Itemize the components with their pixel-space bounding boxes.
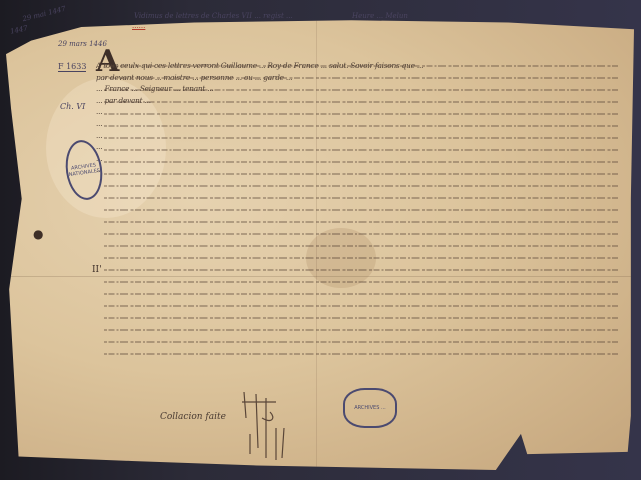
annotation-header-right: Heure ... Melun bbox=[352, 12, 408, 20]
annotation-header-note: Vidimus de lettres de Charles VII ... re… bbox=[134, 12, 293, 20]
script-texture bbox=[104, 60, 624, 360]
annotation-ref-number: F 1633 bbox=[58, 62, 86, 72]
archive-stamp-bottom: ARCHIVES ... bbox=[343, 388, 397, 428]
archive-stamp-text: ARCHIVES NATIONALES bbox=[67, 162, 100, 178]
margin-mark-roman: II' bbox=[92, 265, 102, 275]
annotation-red-note: ...... bbox=[132, 22, 145, 30]
signature-monogram bbox=[236, 388, 296, 468]
signature-collation: Collacion faite bbox=[160, 412, 226, 422]
annotation-margin-king: Ch. VI bbox=[60, 102, 85, 111]
archive-stamp-bottom-text: ARCHIVES ... bbox=[354, 405, 385, 411]
ink-blot-icon: ● bbox=[33, 227, 43, 241]
